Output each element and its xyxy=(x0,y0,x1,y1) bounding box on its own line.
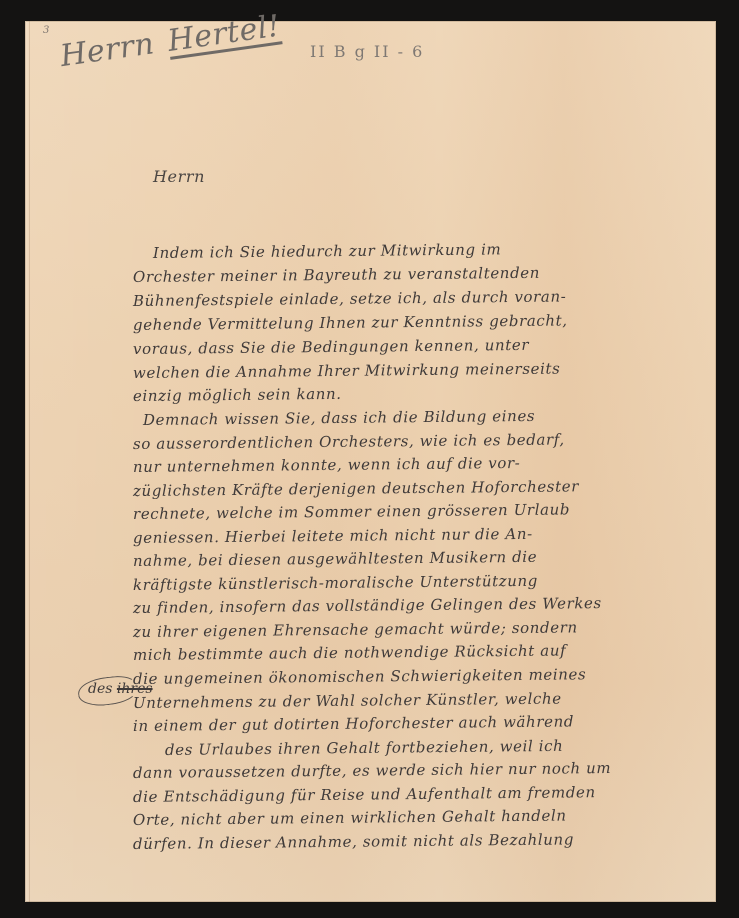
letter-line: zu ihrer eigenen Ehrensache gemacht würd… xyxy=(133,617,718,641)
letter-line: dürfen. In dieser Annahme, somit nicht a… xyxy=(133,829,718,853)
letter-line: nur unternehmen konnte, wenn ich auf die… xyxy=(133,452,718,476)
margin-insertion: des ihres xyxy=(88,681,153,697)
struck-word: ihres xyxy=(117,681,153,697)
letter-line: Bühnenfestspiele einlade, setze ich, als… xyxy=(133,286,718,310)
letter-line: kräftigste künstlerisch-moralische Unter… xyxy=(133,570,718,594)
letter-line: rechnete, welche im Sommer einen grösser… xyxy=(133,499,718,523)
letter-line: einzig möglich sein kann. xyxy=(133,381,718,405)
letter-line: dann voraussetzen durfte, es werde sich … xyxy=(133,758,718,782)
folio-number: 3 xyxy=(43,25,49,36)
letter-line: Indem ich Sie hiedurch zur Mitwirkung im xyxy=(153,238,738,262)
page-edge-line xyxy=(29,21,30,902)
letter-line: geniessen. Hierbei leitete mich nicht nu… xyxy=(133,523,718,547)
margin-insert-word: des xyxy=(88,681,112,697)
letter-line: gehende Vermittelung Ihnen zur Kenntniss… xyxy=(133,310,718,334)
letter-line: in einem der gut dotirten Hoforchester a… xyxy=(133,711,718,735)
pencil-salutation: HerrnHertel! xyxy=(58,8,282,74)
letter-line: Unternehmens zu der Wahl solcher Künstle… xyxy=(133,688,718,712)
letter-line: die ungemeinen ökonomischen Schwierigkei… xyxy=(133,664,718,688)
letter-line: züglichsten Kräfte derjenigen deutschen … xyxy=(133,476,718,500)
letter-line: mich bestimmte auch die nothwendige Rück… xyxy=(133,640,718,664)
pencil-salutation-title: Herrn xyxy=(58,26,156,74)
letter-line: Orchester meiner in Bayreuth zu veransta… xyxy=(133,262,718,286)
letter-line: nahme, bei diesen ausgewähltesten Musike… xyxy=(133,546,718,570)
letter-page: 3 HerrnHertel! II B g II - 6 Herrn Indem… xyxy=(25,21,716,902)
archive-signature: II B g II - 6 xyxy=(310,42,424,61)
letter-line: die Entschädigung für Reise und Aufentha… xyxy=(133,782,718,806)
letter-greeting: Herrn xyxy=(153,167,205,186)
letter-line: des Urlaubes ihren Gehalt fortbeziehen, … xyxy=(165,735,739,759)
letter-line: Orte, nicht aber um einen wirklichen Geh… xyxy=(133,805,718,829)
letter-line: so ausserordentlichen Orchesters, wie ic… xyxy=(133,429,718,453)
letter-line: voraus, dass Sie die Bedingungen kennen,… xyxy=(133,334,718,358)
letter-line: Demnach wissen Sie, dass ich die Bildung… xyxy=(143,405,728,429)
letter-line: zu finden, insofern das vollständige Gel… xyxy=(133,593,718,617)
letter-line: welchen die Annahme Ihrer Mitwirkung mei… xyxy=(133,358,718,382)
pencil-recipient-name: Hertel! xyxy=(165,8,282,58)
